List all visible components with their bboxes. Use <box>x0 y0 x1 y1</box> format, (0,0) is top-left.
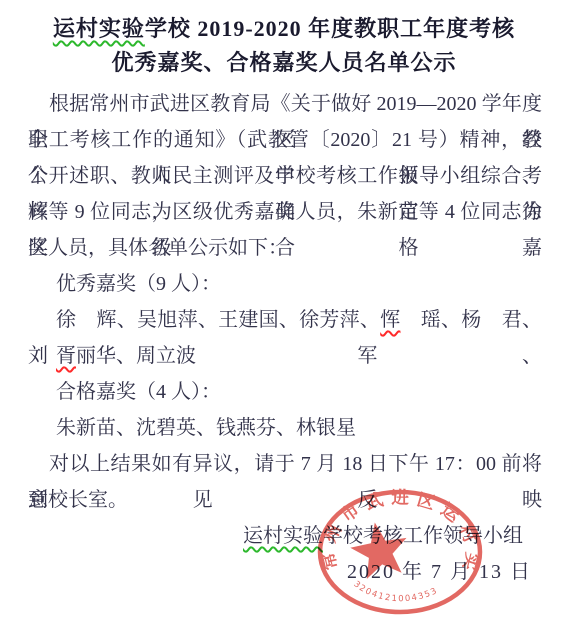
paragraph-line: 辉等 9 位同志为区级优秀嘉奖人员，朱新苗等 4 位同志为区级合格嘉 <box>0 194 568 230</box>
title-line-1-rest: 学校 2019-2020 年度教职工年度考核 <box>145 16 515 41</box>
excellent-award-names-line-1: 徐 辉、吴旭萍、王建国、徐芳萍、恽 瑶、杨 君、刘 军、 <box>0 302 568 338</box>
misspelled-school-name: 运村实验 <box>53 16 145 41</box>
qualified-award-names: 朱新苗、沈碧英、钱燕芬、林银星 <box>0 410 568 446</box>
title-line-1: 运村实验学校 2019-2020 年度教职工年度考核 <box>0 12 568 46</box>
document-body: 根据常州市武进区教育局《关于做好 2019—2020 学年度全区教 职工考核工作… <box>0 86 568 518</box>
signature-text: 学校考核工作领导小组 <box>323 525 523 547</box>
paragraph-line: 职工考核工作的通知》（武教管〔2020〕21 号）精神，经个人申报、 <box>0 122 568 158</box>
objection-notice-line-1: 对以上结果如有异议，请于 7 月 18 日下午 17：00 前将意见反映 <box>0 446 568 482</box>
misspelled-school-name: 运村实验 <box>243 525 323 547</box>
paragraph-line: 公开述职、教师民主测评及学校考核工作领导小组综合考核，确定徐 <box>0 158 568 194</box>
announcement-document: 运村实验学校 2019-2020 年度教职工年度考核 优秀嘉奖、合格嘉奖人员名单… <box>0 0 568 626</box>
names-text: 徐 辉、吴旭萍、王建国、徐芳萍、 <box>56 309 380 331</box>
paragraph-line: 根据常州市武进区教育局《关于做好 2019—2020 学年度全区教 <box>0 86 568 122</box>
names-text: 丽华、周立波 <box>76 345 196 367</box>
misspelled-name: 恽 <box>380 309 400 331</box>
misspelled-name: 胥 <box>56 345 76 367</box>
date: 2020 年 7 月 13 日 <box>0 554 568 590</box>
signature: 运村实验学校考核工作领导小组 <box>0 518 568 554</box>
qualified-award-heading: 合格嘉奖（4 人）： <box>0 374 568 410</box>
document-title: 运村实验学校 2019-2020 年度教职工年度考核 优秀嘉奖、合格嘉奖人员名单… <box>0 0 568 80</box>
excellent-award-heading: 优秀嘉奖（9 人）： <box>0 266 568 302</box>
title-line-2: 优秀嘉奖、合格嘉奖人员名单公示 <box>0 46 568 80</box>
